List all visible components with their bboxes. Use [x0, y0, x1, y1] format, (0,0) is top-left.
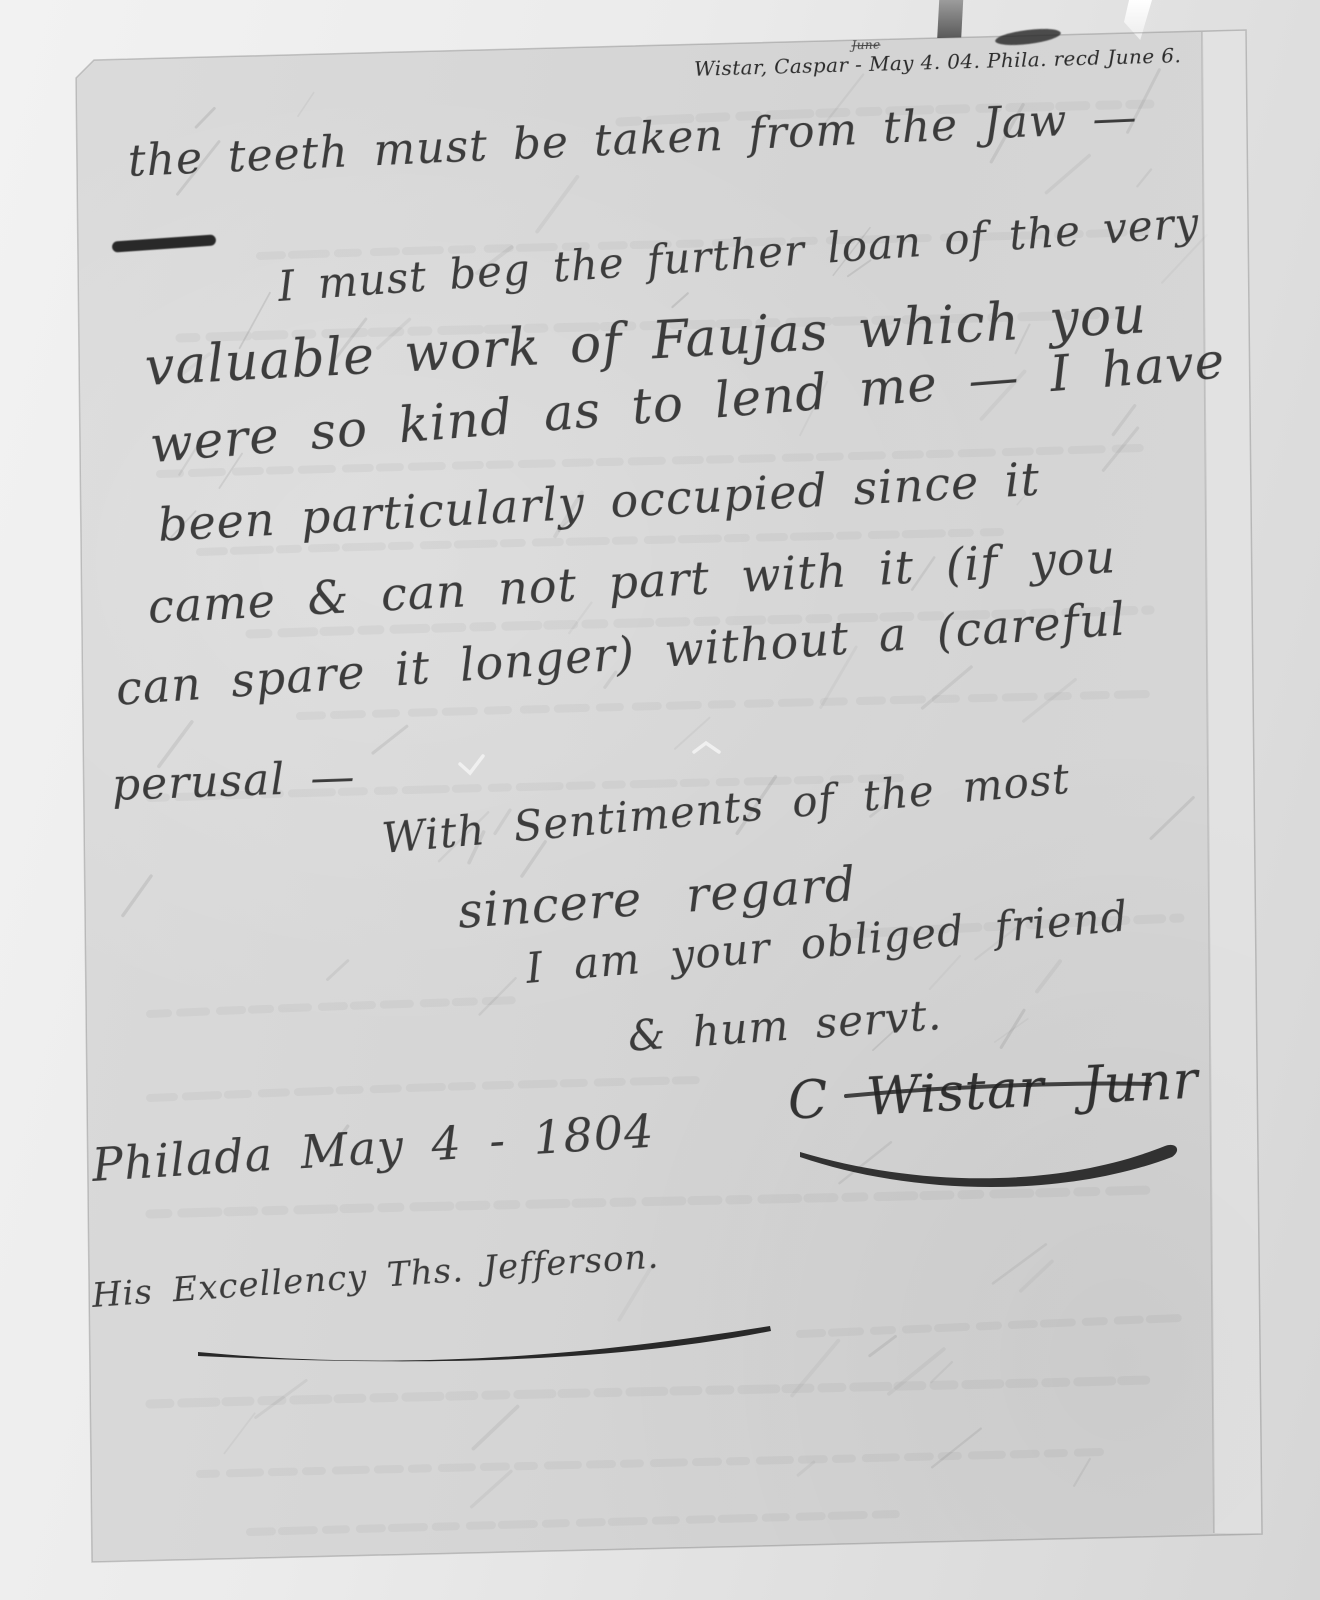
letter-line: perusal — [111, 752, 356, 811]
annotation-superscript: June [851, 38, 880, 53]
hole-punch-outline [1031, 1556, 1063, 1588]
scanned-letter-page: { "document_type": "scanned handwritten … [0, 0, 1320, 1600]
